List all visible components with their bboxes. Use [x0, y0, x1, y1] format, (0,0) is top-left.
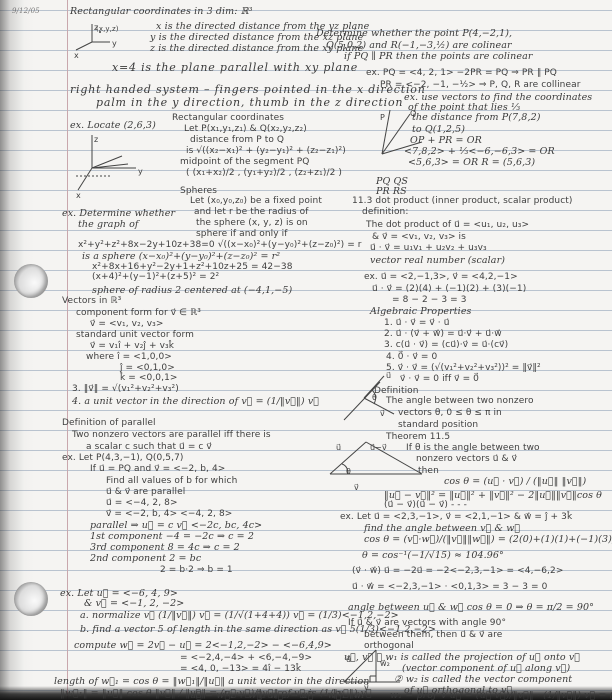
diagram-label: v⃗	[380, 408, 385, 419]
note-line: If θ is the angle between two	[406, 443, 540, 454]
note-line: standard unit vector form	[76, 330, 194, 341]
locate-point-sketch-icon	[70, 130, 150, 200]
note-line: Let (x₀,y₀,z₀) be a fixed point	[190, 196, 322, 207]
note-line: angle between u⃗ & w⃗ cos θ = 0 ⇒ θ = π/…	[348, 602, 594, 613]
diagram-label: P	[380, 112, 385, 123]
diagram-label: w⃗₁	[354, 690, 364, 700]
note-line: w₁ = proj_v u⃗ = (u⃗·v⃗)/‖v⃗‖ · (1/‖v⃗‖)…	[390, 690, 612, 700]
note-line: k̂ = <0,0,1>	[120, 373, 178, 384]
note-line: u⃗ = <−4, 2, 8>	[106, 498, 178, 509]
note-line: vector real number (scalar)	[370, 255, 505, 266]
note-line: between them, then u⃗ & v⃗ are	[364, 630, 502, 641]
note-line: Rectangular coordinates	[172, 113, 284, 124]
punch-hole-bottom	[14, 582, 48, 616]
note-line: u⃗ · v⃗ = (2)(4) + (−1)(2) + (3)(−1)	[372, 284, 526, 295]
notebook-page: 9/12/05 Rectangular coordinates in 3 dim…	[0, 0, 612, 700]
diagram-label: u⃗	[346, 654, 351, 665]
note-line: Q(5,0,2) and R(−1,−3,½) are colinear	[326, 40, 512, 51]
date: 9/12/05	[12, 6, 40, 17]
diagram-label: x	[74, 50, 79, 61]
note-line: the sphere (x, y, z) is on	[196, 218, 308, 229]
diagram-label: θ	[346, 466, 351, 477]
note-line: x=4 is the plane parallel with xy plane	[112, 62, 358, 73]
note-line: u⃗ & v⃗ are parallel	[106, 487, 185, 498]
note-line: x²+y²+z²+8x−2y+10z+38=0 √((x−x₀)²+(y−y₀)…	[78, 240, 362, 251]
note-line: ex. Let P(4,3,−1), Q(0,5,7)	[62, 453, 184, 464]
diagram-label: θ	[372, 392, 377, 403]
note-line: ex. u⃗ = <2,−1,3>, v⃗ = <4,2,−1>	[364, 272, 518, 283]
projection-sketch-icon	[340, 642, 410, 692]
note-line: is √((x₂−x₁)² + (y₂−y₁)² + (z₂−z₁)²)	[186, 146, 346, 157]
note-line: Definition of parallel	[62, 418, 156, 429]
note-line: component form for v⃗ ∈ ℝ³	[76, 308, 201, 319]
note-line: 1st component −4 = −2c ⇒ c = 2	[90, 531, 254, 542]
note-line: ex. Let u⃗ = <2,3,−1>, v⃗ = <2,1,−1> & w…	[340, 512, 572, 523]
note-line: is a sphere (x−x₀)²+(y−y₀)²+(z−z₀)² = r²	[82, 251, 280, 262]
diagram-label: w⃗₂	[380, 658, 390, 669]
note-line: 3rd component 8 = 4c ⇒ c = 2	[90, 542, 240, 553]
note-line: 11.3 dot product (inner product, scalar …	[352, 196, 573, 207]
note-line: midpoint of the segment PQ	[180, 157, 309, 168]
note-line: ex. Determine whether	[62, 208, 175, 219]
diagram-label: u⃗	[336, 442, 341, 453]
note-line: standard position	[398, 420, 478, 431]
note-line: Algebraic Properties	[370, 306, 472, 317]
note-line: palm in the y direction, thumb in the z …	[96, 97, 403, 108]
note-line: v⃗ = v₁î + v₂ĵ + v₃k̂	[90, 341, 174, 352]
note-line: 4. 0⃗ · v⃗ = 0	[386, 352, 437, 363]
note-line: 3. ‖v⃗‖ = √(v₁²+v₂²+v₃²)	[72, 384, 179, 395]
note-line: 1. u⃗ · v⃗ = v⃗ · u⃗	[384, 318, 450, 329]
note-line: Find all values of b for which	[106, 476, 237, 487]
diagram-label: u⃗	[386, 370, 391, 381]
note-line: Two nonzero vectors are parallel iff the…	[72, 430, 271, 441]
note-line: v⃗ · v⃗ = 0 iff v⃗ = 0⃗	[400, 374, 479, 385]
note-line: Determine whether the point P(4,−2,1),	[316, 28, 512, 39]
note-line: 3. c(u⃗ · v⃗) = (cu⃗)·v⃗ = u⃗·(cv⃗)	[384, 340, 508, 351]
diagram-label: u⃗−v⃗	[370, 442, 387, 453]
note-line: = <−2,4,−4> + <6,−4,−9>	[180, 653, 312, 664]
punch-hole-top	[14, 264, 48, 298]
diagram-label: Q	[410, 108, 416, 119]
diagram-label: v⃗	[354, 482, 359, 493]
note-line: θ = cos⁻¹(−1/√15) ≈ 104.96°	[362, 550, 504, 561]
note-line: length of w⃗₁ = cos θ = ‖w⃗₁‖/‖u⃗‖ a uni…	[54, 676, 370, 687]
diagram-label: z	[94, 134, 98, 145]
note-line: PR = <−2, −1, −½> ⇒ P, Q, R are collinea…	[380, 80, 581, 91]
diagram-label: y	[138, 166, 143, 177]
note-line: if PQ ∥ PR then the points are colinear	[344, 51, 533, 62]
note-line: ( (x₁+x₂)/2 , (y₁+y₂)/2 , (z₂+z₁)/2 )	[186, 168, 342, 179]
note-line: cos θ = (u⃗ · v⃗) / (‖u⃗‖ ‖v⃗‖)	[444, 476, 586, 487]
note-line: 2nd component 2 = bc	[90, 553, 201, 564]
note-line: parallel ⇒ u⃗ = c v⃗ <−2c, bc, 4c>	[90, 520, 262, 531]
diagram-label: y	[112, 38, 117, 49]
note-line: right handed system – fingers pointed in…	[70, 84, 426, 95]
diagram-label: v⃗	[364, 682, 369, 693]
note-line: a scalar c such that u⃗ = c v⃗	[86, 442, 212, 453]
note-line: & v⃗ = <v₁, v₂, v₃> is	[372, 232, 466, 243]
note-line: Let P(x₁,y₁,z₁) & Q(x₂,y₂,z₂)	[184, 124, 307, 135]
note-line: u⃗ = w⃗₁ + w⃗₂ w⃗₂ = u⃗ − w⃗₁	[190, 690, 346, 700]
note-line: and let r be the radius of	[194, 207, 308, 218]
note-line: If u⃗ & v⃗ are vectors with angle 90°	[348, 618, 506, 629]
note-line: ex. PQ = <4, 2, 1> −2PR = PQ ⇒ PR ∥ PQ	[366, 68, 557, 79]
note-line: The dot product of u⃗ = <u₁, u₂, u₃>	[366, 220, 529, 231]
axes-point-label: (x,y,z)	[96, 24, 119, 35]
note-line: 4. a unit vector in the direction of v⃗ …	[72, 396, 319, 407]
note-line: find the angle between v⃗ & w⃗	[364, 523, 520, 534]
note-line: v⃗ = <v₁, v₂, v₃>	[90, 319, 164, 330]
note-line: cos θ = (v⃗·w⃗)/(‖v⃗‖‖w⃗‖) = (2(0)+(1)(1…	[364, 534, 612, 545]
note-line: v⃗ = <−2, b, 4> <−4, 2, 8>	[106, 509, 232, 520]
note-line: nonzero vectors u⃗ & v⃗	[416, 454, 517, 465]
note-line: (vector component of u⃗ along v⃗)	[402, 663, 570, 674]
note-line: the graph of	[78, 219, 139, 230]
note-line: vectors θ, 0 ≤ θ ≤ π in	[398, 408, 502, 419]
note-line: (u⃗ − v⃗)(u⃗ − v⃗) - - -	[384, 500, 467, 511]
note-line: = 8 − 2 − 3 = 3	[392, 295, 467, 306]
note-line: 2. u⃗ · (v⃗ + w⃗) = u⃗·v⃗ + u⃗·w⃗	[384, 329, 502, 340]
note-line: u⃗ · w⃗ = <−2,3,−1> · <0,1,3> = 3 − 3 = …	[352, 582, 547, 593]
note-line: definition:	[362, 207, 409, 218]
note-line: distance from P to Q	[190, 135, 284, 146]
note-line: Vectors in ℝ³	[62, 296, 121, 307]
note-line: where î = <1,0,0>	[86, 352, 172, 363]
note-line: ② w₂ is called the vector component	[394, 674, 572, 685]
note-line: sphere if and only if	[196, 229, 288, 240]
note-line: (x+4)²+(y−1)²+(z+5)² = 2²	[92, 272, 219, 283]
note-line: (v⃗ · w⃗) u⃗ = −2u⃗ = −2<−2,3,−1> = <4,−…	[352, 566, 563, 577]
note-line: = <4, 0, −13> = 4î − 13k̂	[180, 664, 301, 675]
note-line: If u⃗ = PQ and v⃗ = <−2, b, 4>	[90, 464, 225, 475]
note-line: 2 = b·2 ⇒ b = 1	[160, 565, 233, 576]
note-line: & v⃗ = <−1, 2, −2>	[84, 598, 184, 609]
note-line: sphere of radius 2 centered at (−4,1,−5)	[92, 285, 292, 296]
diagram-label: x	[76, 190, 81, 201]
note-line: u⃗ · v⃗ = u₁v₁ + u₂v₂ + u₃v₃	[370, 243, 487, 254]
note-line: Rectangular coordinates in 3 dim: ℝ³	[70, 6, 253, 17]
diagram-label: z	[94, 22, 98, 33]
note-line: compute w⃗ = 2v⃗ − u⃗ = 2<−1,2,−2> − <−6…	[74, 640, 332, 651]
